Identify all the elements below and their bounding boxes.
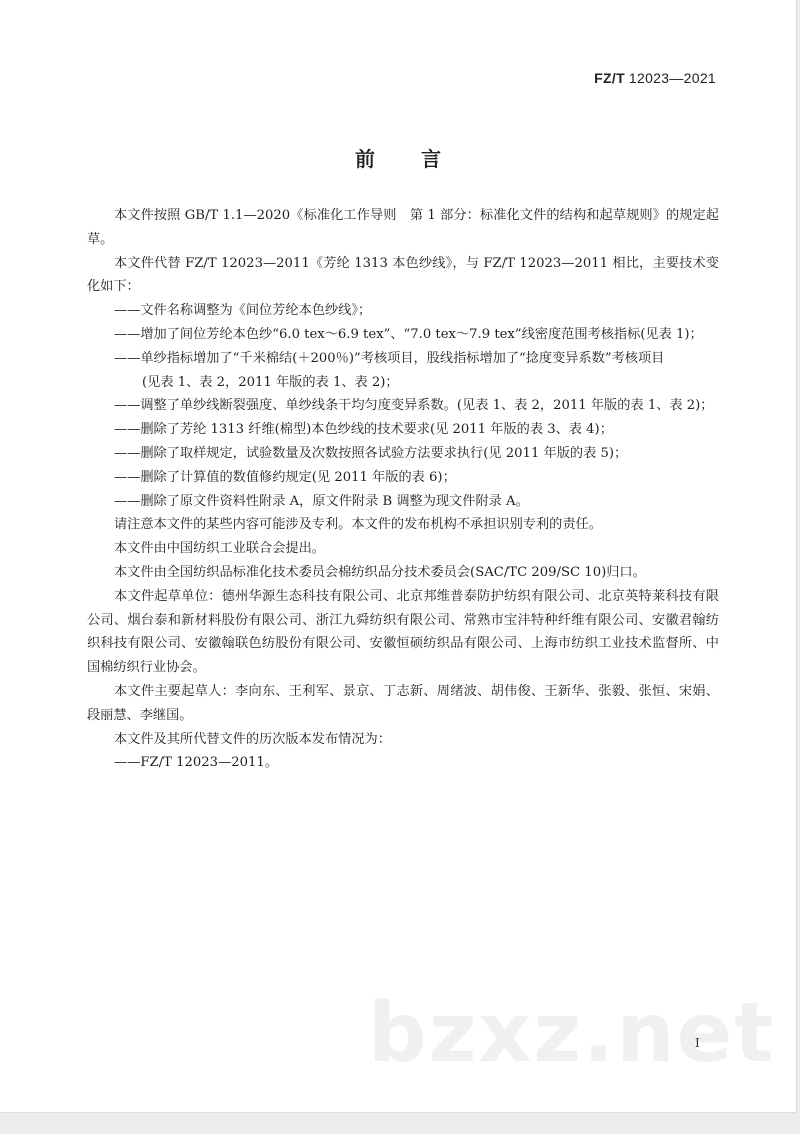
foreword-body: 本文件按照 GB/T 1.1—2020《标准化工作导则 第 1 部分：标准化文件… (87, 204, 719, 775)
page-number: I (695, 1036, 700, 1050)
history-item: ——FZ/T 12023—2011。 (114, 751, 719, 775)
watermark: bzxz.net (368, 986, 775, 1081)
change-item: ——增加了间位芳纶本色纱“6.0 tex～6.9 tex”、“7.0 tex～7… (114, 323, 719, 347)
change-item: ——删除了取样规定，试验数量及次数按照各试验方法要求执行(见 2011 年版的表… (114, 442, 719, 466)
change-item: ——删除了芳纶 1313 纤维(棉型)本色纱线的技术要求(见 2011 年版的表… (114, 418, 719, 442)
paragraph-patent-notice: 请注意本文件的某些内容可能涉及专利。本文件的发布机构不承担识别专利的责任。 (87, 513, 719, 537)
standard-prefix: FZ/T (594, 70, 625, 86)
paragraph-replacement: 本文件代替 FZ/T 12023—2011《芳纶 1313 本色纱线》，与 FZ… (87, 252, 719, 300)
change-item-continued: (见表 1、表 2，2011 年版的表 1、表 2)； (114, 371, 719, 395)
paragraph-proposed-by: 本文件由中国纺织工业联合会提出。 (87, 537, 719, 561)
document-page: FZ/T12023—2021 前言 本文件按照 GB/T 1.1—2020《标准… (0, 0, 797, 1113)
change-item: ——删除了计算值的数值修约规定(见 2011 年版的表 6)； (114, 466, 719, 490)
paragraph-administered-by: 本文件由全国纺织品标准化技术委员会棉纺织品分技术委员会(SAC/TC 209/S… (87, 561, 719, 585)
title-char-2: 言 (421, 143, 441, 172)
change-item: ——删除了原文件资料性附录 A，原文件附录 B 调整为现文件附录 A。 (114, 490, 719, 514)
paragraph-drafting-rules: 本文件按照 GB/T 1.1—2020《标准化工作导则 第 1 部分：标准化文件… (87, 204, 719, 252)
standard-code: 12023—2021 (629, 70, 716, 86)
title-char-1: 前 (355, 143, 375, 172)
paragraph-drafters: 本文件主要起草人：李向东、王利军、景京、丁志新、周绪波、胡伟俊、王新华、张毅、张… (87, 680, 719, 728)
change-item: ——文件名称调整为《间位芳纶本色纱线》； (114, 299, 719, 323)
paragraph-history-intro: 本文件及其所代替文件的历次版本发布情况为： (87, 728, 719, 752)
page-title: 前言 (0, 143, 796, 172)
standard-number: FZ/T12023—2021 (594, 70, 716, 86)
change-item: ——单纱指标增加了“千米棉结(＋200％)”考核项目，股线指标增加了“捻度变异系… (114, 347, 719, 371)
change-item: ——调整了单纱线断裂强度、单纱线条干均匀度变异系数。(见表 1、表 2，2011… (114, 394, 719, 418)
paragraph-drafting-units: 本文件起草单位：德州华源生态科技有限公司、北京邦维普泰防护纺织有限公司、北京英特… (87, 585, 719, 680)
